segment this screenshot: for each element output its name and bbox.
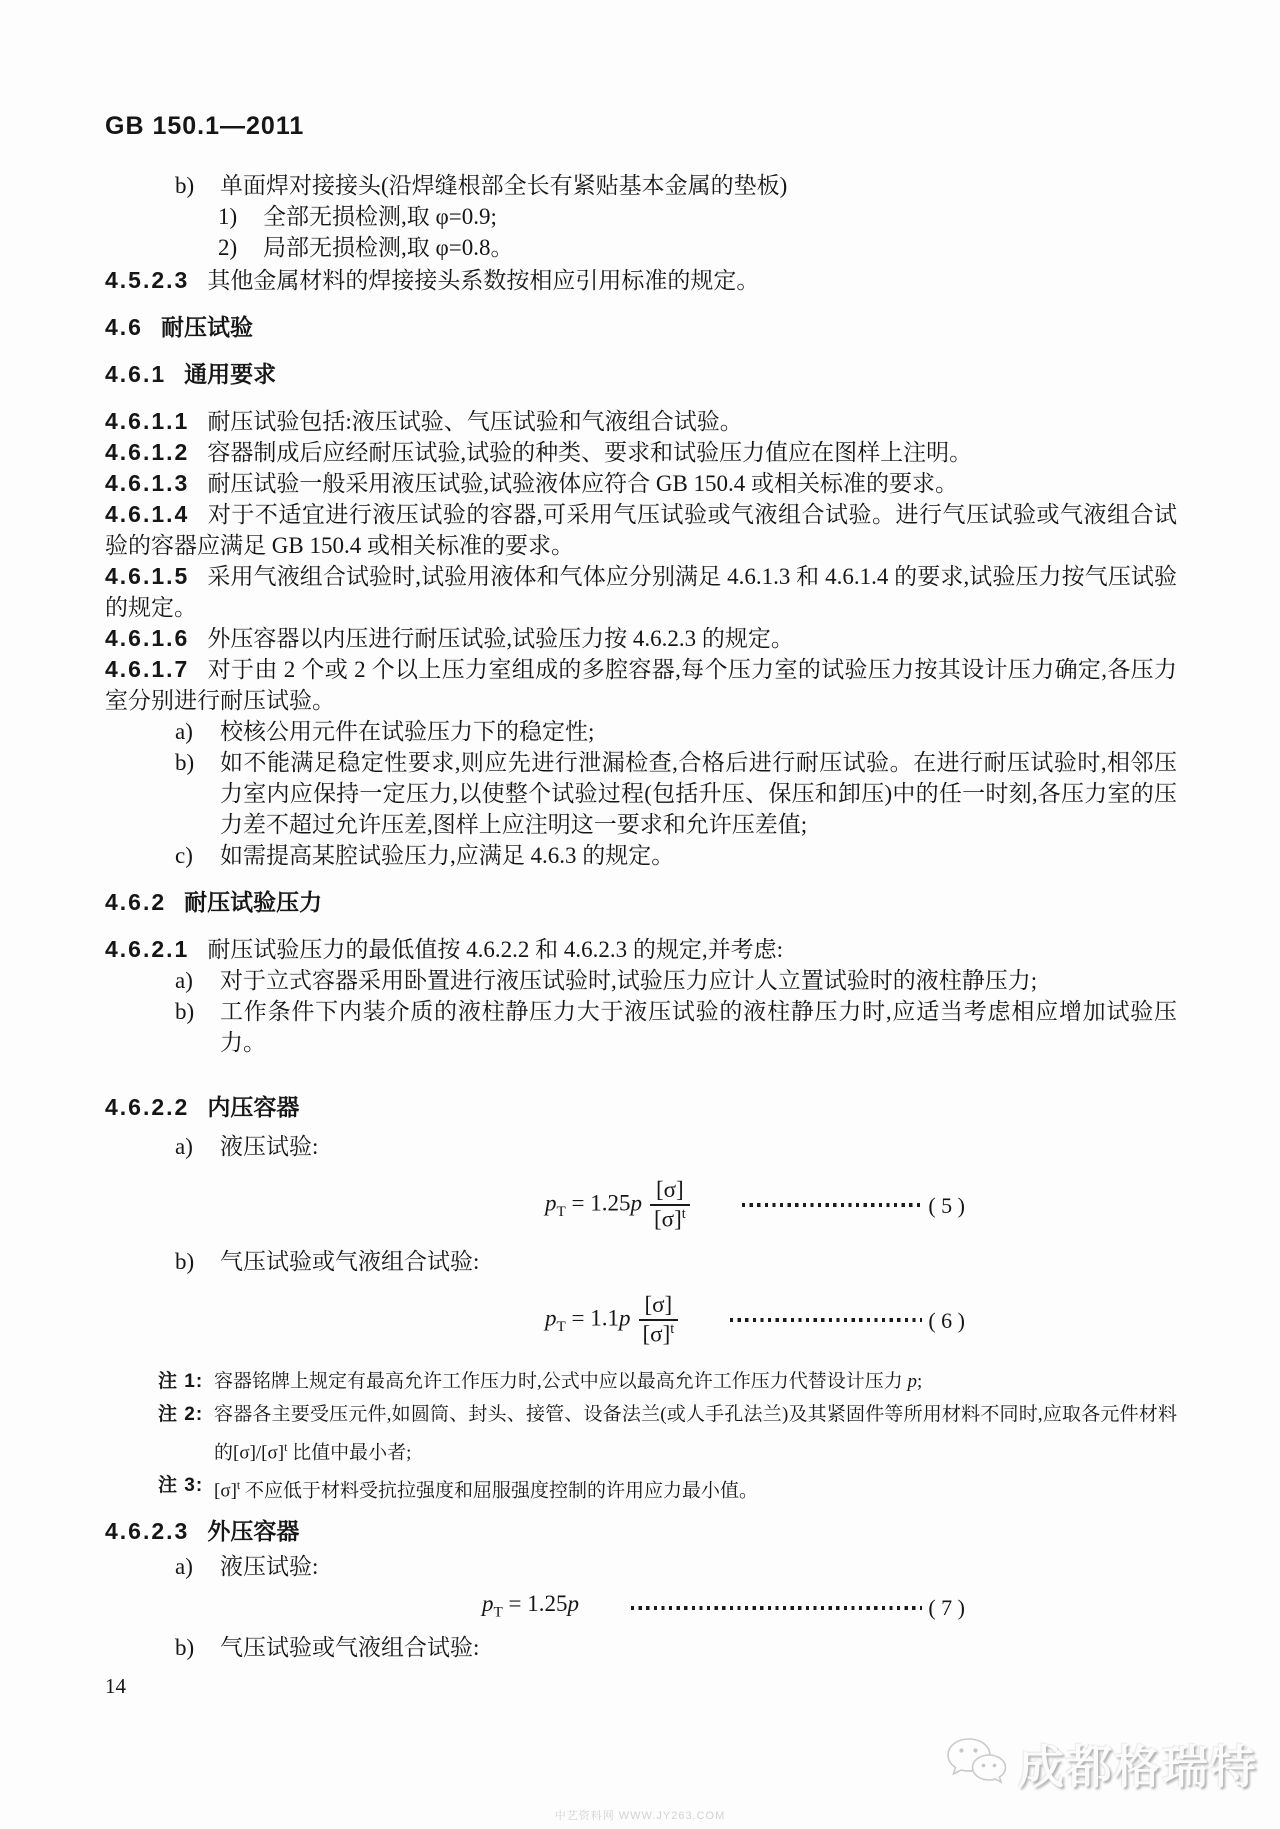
list-text: 校核公用元件在试验压力下的稳定性;: [220, 716, 1177, 747]
list-text: 气压试验或气液组合试验:: [220, 1632, 1177, 1663]
list-item-b1: 1) 全部无损检测,取 φ=0.9;: [105, 201, 1177, 232]
document-content: GB 150.1—2011 b) 单面焊对接接头(沿焊缝根部全长有紧贴基本金属的…: [105, 0, 1177, 1702]
list-label: c): [175, 840, 220, 871]
list-label: b): [175, 747, 220, 840]
list-text: 如需提高某腔试验压力,应满足 4.6.3 的规定。: [220, 840, 1177, 871]
note-text: [σ]t 不应低于材料受抗拉强度和屈服强度控制的许用应力最小值。: [214, 1469, 1177, 1507]
dotted-leader: [730, 1318, 922, 1322]
list-label: b): [175, 1246, 220, 1277]
equation-7: pT = 1.25p ( 7 ): [105, 1588, 965, 1628]
clause-number: 4.6.1.2: [105, 439, 189, 465]
list-text: 单面焊对接接头(沿焊缝根部全长有紧贴基本金属的垫板): [220, 170, 1177, 201]
clause-text: 其他金属材料的焊接接头系数按相应引用标准的规定。: [207, 268, 759, 293]
list-label: a): [175, 716, 220, 747]
clause-number: 4.6.2.3: [105, 1518, 189, 1544]
clause-number: 4.6.2.2: [105, 1094, 189, 1120]
list-item-4623-a: a) 液压试验:: [105, 1551, 1177, 1582]
standard-number-header: GB 150.1—2011: [105, 110, 1177, 142]
list-text: 气压试验或气液组合试验:: [220, 1246, 1177, 1277]
clause-4-6-1-7: 4.6.1.7对于由 2 个或 2 个以上压力室组成的多腔容器,每个压力室的试验…: [105, 654, 1177, 716]
clause-number: 4.6.2.1: [105, 936, 189, 962]
equation-5: pT = 1.25p[σ][σ]t ( 5 ): [105, 1168, 965, 1242]
heading-4-6-1: 4.6.1通用要求: [105, 359, 1177, 390]
heading-title: 通用要求: [184, 361, 276, 387]
list-text: 液压试验:: [220, 1131, 1177, 1162]
clause-number: 4.6: [105, 314, 143, 340]
equation-number: ( 5 ): [928, 1190, 965, 1221]
list-item-4621-a: a) 对于立式容器采用卧置进行液压试验时,试验压力应计人立置试验时的液柱静压力;: [105, 965, 1177, 996]
list-item-b-weld-joint: b) 单面焊对接接头(沿焊缝根部全长有紧贴基本金属的垫板): [105, 170, 1177, 201]
equation-number: ( 7 ): [928, 1592, 965, 1623]
list-item-4617-a: a) 校核公用元件在试验压力下的稳定性;: [105, 716, 1177, 747]
dotted-leader: [631, 1606, 922, 1610]
list-label: a): [175, 1131, 220, 1162]
note-text: 容器铭牌上规定有最高允许工作压力时,公式中应以最高允许工作压力代替设计压力 p;: [214, 1365, 1177, 1398]
clause-number: 4.6.1.4: [105, 501, 189, 527]
list-label: 1): [218, 201, 263, 232]
clause-number: 4.6.1.3: [105, 470, 189, 496]
faint-footer-watermark: 中艺资料网 WWW.JY263.COM: [0, 1807, 1280, 1823]
clause-4-6-1-2: 4.6.1.2容器制成后应经耐压试验,试验的种类、要求和试验压力值应在图样上注明…: [105, 437, 1177, 468]
note-2: 注 2: 容器各主要受压元件,如圆筒、封头、接管、设备法兰(或人手孔法兰)及其紧…: [105, 1398, 1177, 1469]
list-label: b): [175, 170, 220, 201]
brand-watermark-text: 成都格瑞特: [1018, 1731, 1258, 1797]
heading-title: 耐压试验压力: [184, 889, 322, 915]
note-3: 注 3: [σ]t 不应低于材料受抗拉强度和屈服强度控制的许用应力最小值。: [105, 1469, 1177, 1507]
clause-4-5-2-3: 4.5.2.3其他金属材料的焊接接头系数按相应引用标准的规定。: [105, 265, 1177, 296]
clause-4-6-2-2: 4.6.2.2内压容器: [105, 1092, 1177, 1123]
brand-watermark: 成都格瑞特: [944, 1731, 1258, 1797]
scanned-document-page: GB 150.1—2011 b) 单面焊对接接头(沿焊缝根部全长有紧贴基本金属的…: [0, 0, 1280, 1829]
equation-expression: pT = 1.25p: [482, 1588, 579, 1628]
equation-number: ( 6 ): [928, 1305, 965, 1336]
clause-number: 4.6.1.6: [105, 625, 189, 651]
note-label: 注 1:: [158, 1365, 214, 1398]
fraction: [σ][σ]t: [639, 1293, 679, 1347]
list-text: 全部无损检测,取 φ=0.9;: [263, 201, 1177, 232]
clause-4-6-1-1: 4.6.1.1耐压试验包括:液压试验、气压试验和气液组合试验。: [105, 406, 1177, 437]
list-label: a): [175, 1551, 220, 1582]
list-text: 工作条件下内装介质的液柱静压力大于液压试验的液柱静压力时,应适当考虑相应增加试验…: [220, 996, 1177, 1058]
clause-text: 外压容器以内压进行耐压试验,试验压力按 4.6.2.3 的规定。: [207, 626, 794, 651]
list-item-4622-a: a) 液压试验:: [105, 1131, 1177, 1162]
note-1: 注 1: 容器铭牌上规定有最高允许工作压力时,公式中应以最高允许工作压力代替设计…: [105, 1365, 1177, 1398]
clause-text: 耐压试验包括:液压试验、气压试验和气液组合试验。: [207, 409, 742, 434]
list-label: a): [175, 965, 220, 996]
clause-number: 4.6.1.7: [105, 656, 189, 682]
clause-4-6-1-6: 4.6.1.6外压容器以内压进行耐压试验,试验压力按 4.6.2.3 的规定。: [105, 623, 1177, 654]
list-label: b): [175, 1632, 220, 1663]
equation-6: pT = 1.1p[σ][σ]t ( 6 ): [105, 1283, 965, 1357]
list-text: 对于立式容器采用卧置进行液压试验时,试验压力应计人立置试验时的液柱静压力;: [220, 965, 1177, 996]
note-text: 容器各主要受压元件,如圆筒、封头、接管、设备法兰(或人手孔法兰)及其紧固件等所用…: [214, 1398, 1177, 1469]
clause-4-6-1-5: 4.6.1.5采用气液组合试验时,试验用液体和气体应分别满足 4.6.1.3 和…: [105, 561, 1177, 623]
equation-expression: pT = 1.25p[σ][σ]t: [545, 1178, 690, 1232]
list-item-4617-b: b) 如不能满足稳定性要求,则应先进行泄漏检查,合格后进行耐压试验。在进行耐压试…: [105, 747, 1177, 840]
list-item-b2: 2) 局部无损检测,取 φ=0.8。: [105, 232, 1177, 263]
clause-4-6-2-3: 4.6.2.3外压容器: [105, 1516, 1177, 1547]
heading-4-6-2: 4.6.2耐压试验压力: [105, 887, 1177, 918]
clause-number: 4.6.1: [105, 361, 166, 387]
clause-number: 4.5.2.3: [105, 267, 189, 293]
clause-4-6-1-4: 4.6.1.4对于不适宜进行液压试验的容器,可采用气压试验或气液组合试验。进行气…: [105, 499, 1177, 561]
clause-title: 外压容器: [207, 1519, 299, 1544]
list-text: 局部无损检测,取 φ=0.8。: [263, 232, 1177, 263]
clause-title: 内压容器: [207, 1095, 299, 1120]
clause-text: 耐压试验压力的最低值按 4.6.2.2 和 4.6.2.3 的规定,并考虑:: [207, 937, 783, 962]
note-label: 注 3:: [158, 1469, 214, 1507]
heading-4-6: 4.6耐压试验: [105, 312, 1177, 343]
page-number: 14: [105, 1671, 1177, 1702]
list-item-4621-b: b) 工作条件下内装介质的液柱静压力大于液压试验的液柱静压力时,应适当考虑相应增…: [105, 996, 1177, 1058]
clause-text: 对于由 2 个或 2 个以上压力室组成的多腔容器,每个压力室的试验压力按其设计压…: [105, 657, 1177, 713]
list-item-4617-c: c) 如需提高某腔试验压力,应满足 4.6.3 的规定。: [105, 840, 1177, 871]
list-text: 如不能满足稳定性要求,则应先进行泄漏检查,合格后进行耐压试验。在进行耐压试验时,…: [220, 747, 1177, 840]
equation-expression: pT = 1.1p[σ][σ]t: [545, 1293, 678, 1347]
list-label: b): [175, 996, 220, 1058]
clause-number: 4.6.1.1: [105, 408, 189, 434]
clause-4-6-1-3: 4.6.1.3耐压试验一般采用液压试验,试验液体应符合 GB 150.4 或相关…: [105, 468, 1177, 499]
clause-text: 容器制成后应经耐压试验,试验的种类、要求和试验压力值应在图样上注明。: [207, 440, 972, 465]
fraction: [σ][σ]t: [650, 1178, 690, 1232]
clause-4-6-2-1: 4.6.2.1耐压试验压力的最低值按 4.6.2.2 和 4.6.2.3 的规定…: [105, 934, 1177, 965]
list-text: 液压试验:: [220, 1551, 1177, 1582]
wechat-icon: [944, 1735, 1008, 1794]
clause-text: 耐压试验一般采用液压试验,试验液体应符合 GB 150.4 或相关标准的要求。: [207, 471, 958, 496]
clause-number: 4.6.2: [105, 889, 166, 915]
note-label: 注 2:: [158, 1398, 214, 1469]
dotted-leader: [742, 1203, 923, 1207]
clause-text: 采用气液组合试验时,试验用液体和气体应分别满足 4.6.1.3 和 4.6.1.…: [105, 564, 1177, 620]
list-label: 2): [218, 232, 263, 263]
list-item-4623-b: b) 气压试验或气液组合试验:: [105, 1632, 1177, 1663]
heading-title: 耐压试验: [161, 314, 253, 340]
list-item-4622-b: b) 气压试验或气液组合试验:: [105, 1246, 1177, 1277]
clause-text: 对于不适宜进行液压试验的容器,可采用气压试验或气液组合试验。进行气压试验或气液组…: [105, 502, 1177, 558]
clause-number: 4.6.1.5: [105, 563, 189, 589]
